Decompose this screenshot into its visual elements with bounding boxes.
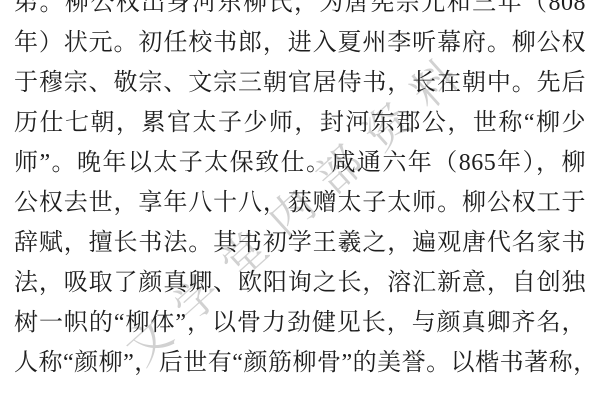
text-line: 人称“颜柳”，后世有“颜筋柳骨”的美誉。以楷书著称， [14, 343, 586, 383]
text-block: 弟。柳公权出身河东柳氏，为唐宪宗元和三年（808 年）状元。初任校书郎，进入夏州… [14, 0, 586, 383]
text-line: 历仕七朝，累官太子少师，封河东郡公，世称“柳少 [14, 103, 586, 143]
text-line: 师”。晚年以太子太保致仕。咸通六年（865年），柳 [14, 143, 586, 183]
text-line: 年）状元。初任校书郎，进入夏州李听幕府。柳公权 [14, 23, 586, 63]
text-line: 树一帜的“柳体”，以骨力劲健见长，与颜真卿齐名， [14, 303, 586, 343]
document-page: 文学堂内部资料 弟。柳公权出身河东柳氏，为唐宪宗元和三年（808 年）状元。初任… [0, 0, 600, 400]
text-line: 辞赋，擅长书法。其书初学王羲之，遍观唐代名家书 [14, 223, 586, 263]
text-line: 于穆宗、敬宗、文宗三朝官居侍书，长在朝中。先后 [14, 63, 586, 103]
text-line: 公权去世，享年八十八，获赠太子太师。柳公权工于 [14, 183, 586, 223]
text-line-clipped: 弟。柳公权出身河东柳氏，为唐宪宗元和三年（808 [14, 0, 586, 23]
text-line: 法，吸取了颜真卿、欧阳询之长，溶汇新意，自创独 [14, 263, 586, 303]
